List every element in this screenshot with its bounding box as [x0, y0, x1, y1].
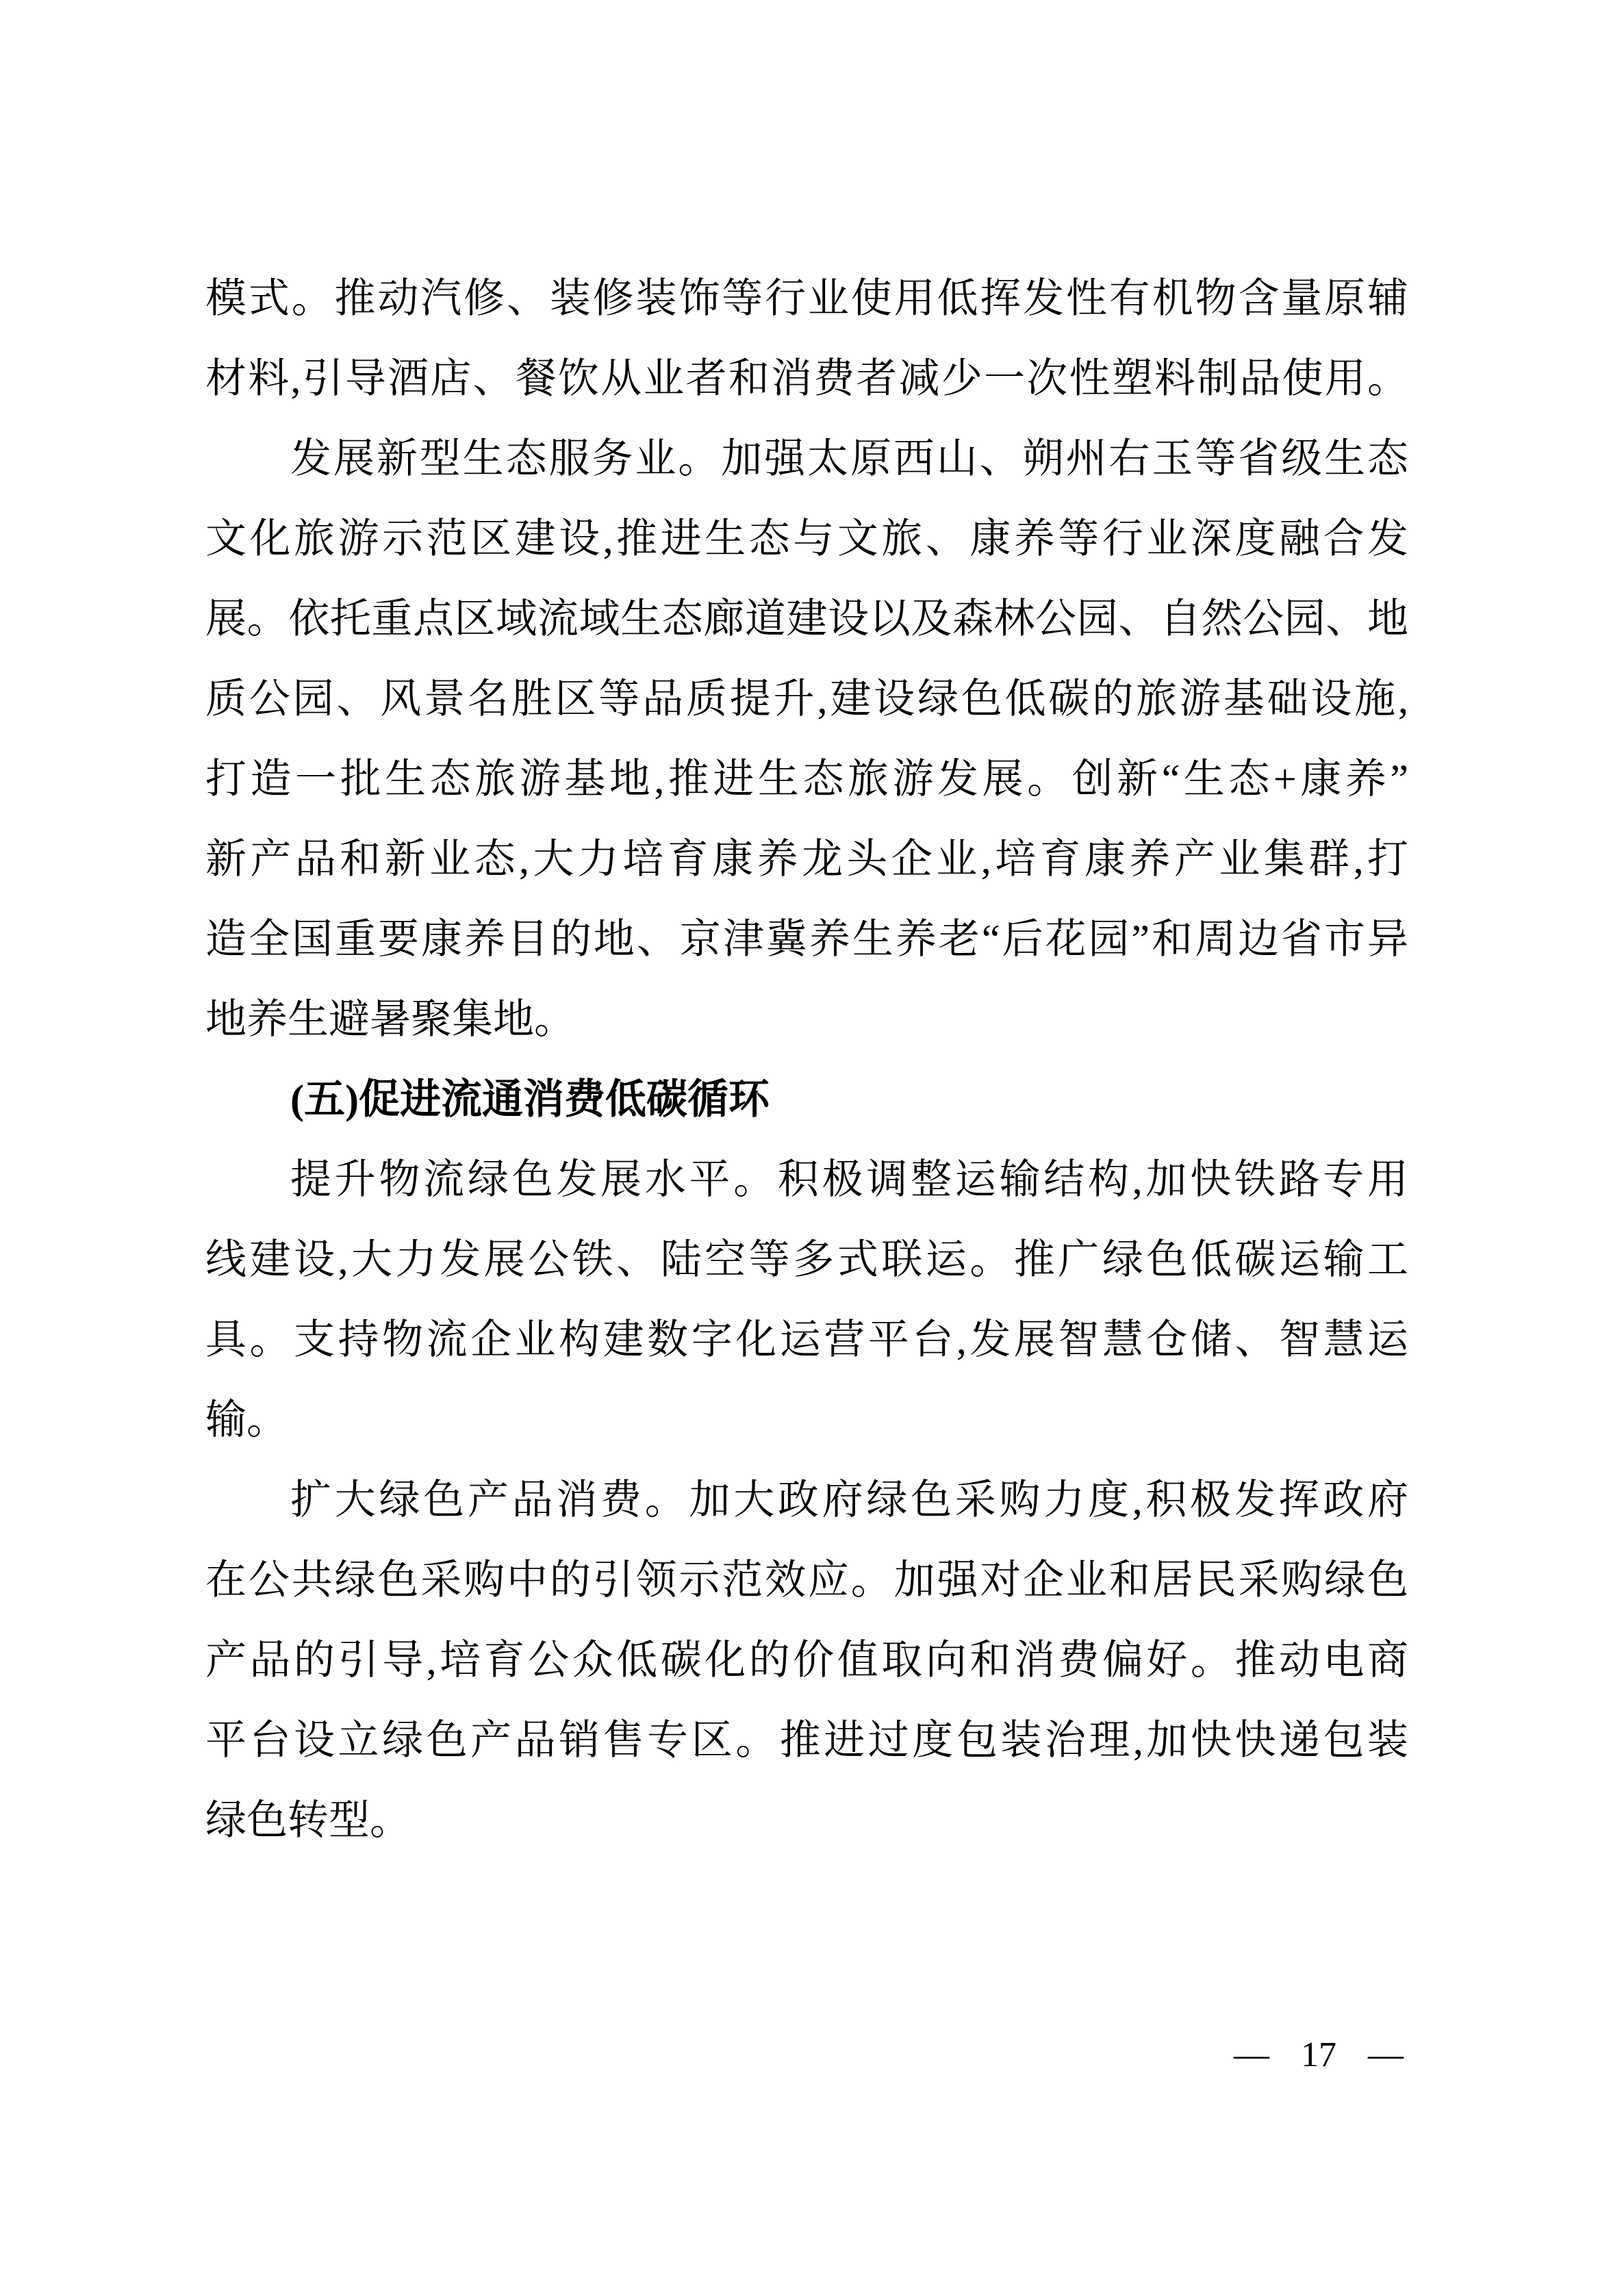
- text-line-19: 平台设立绿色产品销售专区。推进过度包装治理,加快快递包装: [205, 1701, 1408, 1781]
- text-line-2: 材料,引导酒店、餐饮从业者和消费者减少一次性塑料制品使用。: [205, 339, 1408, 419]
- text-line-12: 提升物流绿色发展水平。积极调整运输结构,加快铁路专用: [205, 1140, 1408, 1220]
- document-body: 模式。推动汽修、装修装饰等行业使用低挥发性有机物含量原辅材料,引导酒店、餐饮从业…: [205, 259, 1408, 1861]
- footer-dash-right: —: [1368, 2035, 1404, 2076]
- footer-dash-left: —: [1234, 2035, 1269, 2076]
- text-line-18: 产品的引导,培育公众低碳化的价值取向和消费偏好。推动电商: [205, 1620, 1408, 1701]
- text-line-14: 具。支持物流企业构建数字化运营平台,发展智慧仓储、智慧运: [205, 1300, 1408, 1380]
- text-line-5: 展。依托重点区域流域生态廊道建设以及森林公园、自然公园、地: [205, 579, 1408, 659]
- document-page: 模式。推动汽修、装修装饰等行业使用低挥发性有机物含量原辅材料,引导酒店、餐饮从业…: [0, 0, 1624, 2277]
- text-line-16: 扩大绿色产品消费。加大政府绿色采购力度,积极发挥政府: [205, 1460, 1408, 1540]
- page-number: 17: [1301, 2035, 1336, 2076]
- section-heading: (五)促进流通消费低碳循环: [205, 1060, 1408, 1140]
- text-line-7: 打造一批生态旅游基地,推进生态旅游发展。创新“生态+康养”: [205, 739, 1408, 819]
- text-line-15: 输。: [205, 1380, 1408, 1460]
- text-line-6: 质公园、风景名胜区等品质提升,建设绿色低碳的旅游基础设施,: [205, 659, 1408, 739]
- text-line-1: 模式。推动汽修、装修装饰等行业使用低挥发性有机物含量原辅: [205, 259, 1408, 339]
- page-footer: — 17 —: [1234, 2035, 1404, 2076]
- text-line-13: 线建设,大力发展公铁、陆空等多式联运。推广绿色低碳运输工: [205, 1220, 1408, 1300]
- text-line-10: 地养生避暑聚集地。: [205, 980, 1408, 1060]
- text-line-17: 在公共绿色采购中的引领示范效应。加强对企业和居民采购绿色: [205, 1540, 1408, 1620]
- text-line-20: 绿色转型。: [205, 1781, 1408, 1861]
- text-line-9: 造全国重要康养目的地、京津冀养生养老“后花园”和周边省市异: [205, 900, 1408, 980]
- text-line-8: 新产品和新业态,大力培育康养龙头企业,培育康养产业集群,打: [205, 819, 1408, 900]
- text-line-3: 发展新型生态服务业。加强太原西山、朔州右玉等省级生态: [205, 419, 1408, 499]
- text-line-4: 文化旅游示范区建设,推进生态与文旅、康养等行业深度融合发: [205, 499, 1408, 579]
